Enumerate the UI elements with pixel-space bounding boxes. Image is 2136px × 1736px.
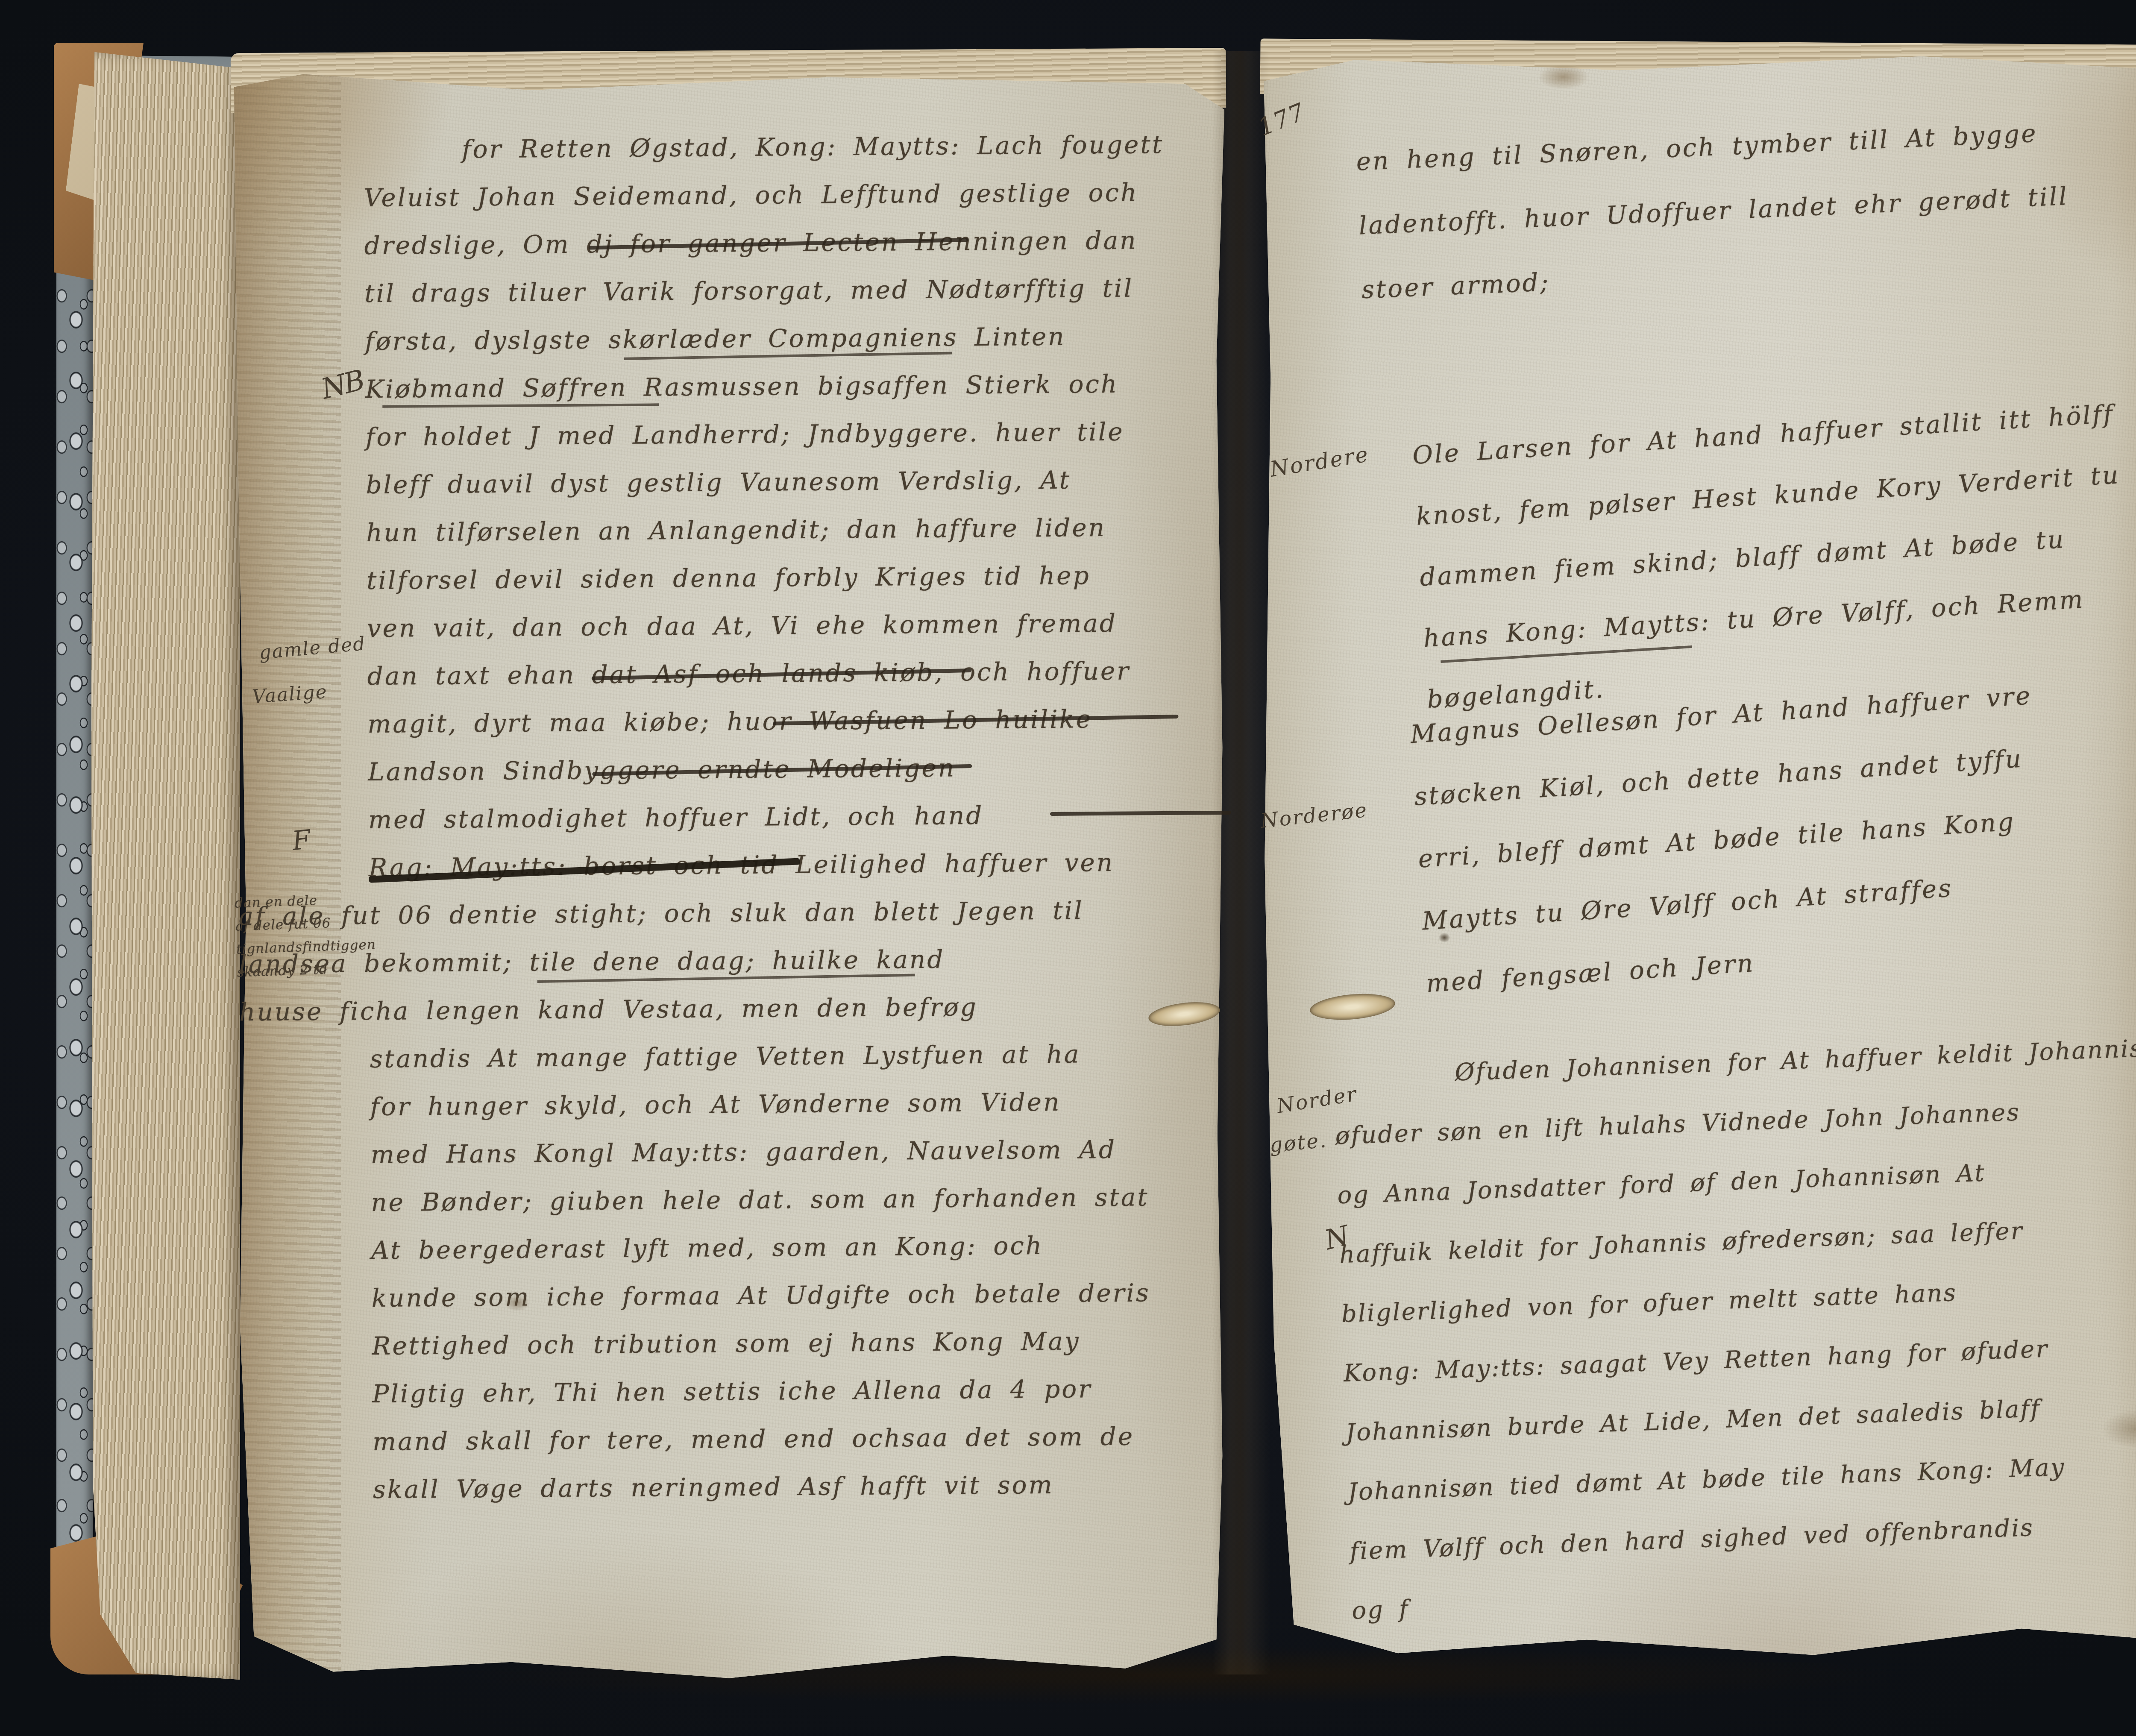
handwritten-line: for holdet J med Landherrd; Jndbyggere. … [365, 407, 1229, 461]
handwritten-line: til drags tiluer Varik forsorgat, med Nø… [364, 264, 1228, 317]
handwritten-line: standis At mange fattige Vetten Lystfuen… [370, 1029, 1233, 1083]
handwritten-line: Kiøbmand Søffren Rasmussen bigsaffen Sti… [365, 359, 1229, 413]
handwritten-line: skaandy 2 td [237, 956, 377, 984]
handwritten-line: med stalmodighet hoffuer Lidt, och hand [368, 790, 1232, 844]
small-margin-notes: dan en deleaf dele fut 06tignlandsfindti… [234, 887, 377, 984]
foxing-stain [504, 1294, 530, 1311]
handwritten-line: af ale fut 06 dentie stight; och sluk da… [238, 886, 1232, 940]
handwritten-line: Pligtig ehr, Thi hen settis iche Allena … [372, 1364, 1235, 1418]
handwritten-line: mand skall for tere, mend end ochsaa det… [373, 1412, 1236, 1466]
handwritten-line: dredslige, Om dj for ganger Lecten Henni… [364, 216, 1227, 270]
entry-norderoe-text: Magnus Oellesøn for At hand haffuer vres… [1408, 654, 2136, 1015]
manuscript-book: for Retten Øgstad, Kong: Maytts: Lach fo… [0, 0, 2136, 1736]
handwritten-line: Veluist Johan Seidemand, och Lefftund ge… [364, 168, 1227, 222]
foxing-stain [1538, 64, 1589, 90]
handwritten-line: Rettighed och tribution som ej hans Kong… [372, 1316, 1235, 1370]
handwritten-line: Rag: May:tts: borst och tid Leilighed ha… [368, 838, 1232, 891]
handwritten-line: At beergederast lyft med, som an Kong: o… [371, 1220, 1235, 1274]
handwritten-line: kunde som iche formaa At Udgifte och bet… [371, 1268, 1235, 1322]
handwritten-line: bleff duavil dyst gestlig Vaunesom Verds… [366, 455, 1229, 509]
handwritten-line: ne Bønder; giuben hele dat. som an forha… [371, 1173, 1234, 1226]
handwritten-line: tilforsel devil siden denna forbly Krige… [367, 551, 1230, 604]
handwritten-line: landsea bekommit; tile dene daag; huilke… [239, 933, 1232, 988]
left-page-text: for Retten Øgstad, Kong: Maytts: Lach fo… [364, 120, 1236, 1513]
handwritten-line: magit, dyrt maa kiøbe; huor Wasfuen Lo h… [367, 694, 1231, 748]
margin-label-norder-gote-2: gøte. [1269, 1129, 1328, 1157]
handwritten-line: førsta, dyslgste skørlæder Compagniens L… [365, 311, 1228, 365]
left-page-edge-stack [91, 52, 240, 1680]
entry-norder-gote-text: Øfuden Johannisen for At haffuer keldit … [1332, 1017, 2136, 1640]
margin-letter-mark: F [290, 824, 312, 856]
photo-background: for Retten Øgstad, Kong: Maytts: Lach fo… [0, 0, 2136, 1736]
handwritten-line: huuse ficha lengen kand Vestaa, men den … [239, 981, 1233, 1036]
torn-edge-band [234, 71, 341, 1681]
handwritten-line: dan taxt ehan dat Asf och lands kiøb, oc… [367, 646, 1230, 700]
handwritten-line: hun tilførselen an Anlangendit; dan haff… [366, 503, 1229, 557]
left-cover-marbled-edge [56, 59, 93, 1580]
handwritten-line: Landson Sindbyggere erndte Modeligen [368, 742, 1231, 796]
handwritten-line: skall Vøge darts neringmed Asf hafft vit… [373, 1460, 1236, 1513]
handwritten-line: ven vait, dan och daa At, Vi ehe kommen … [367, 598, 1230, 652]
handwritten-line: for Retten Øgstad, Kong: Maytts: Lach fo… [462, 120, 1227, 173]
right-page-intro-text: en heng til Snøren, och tymber till At b… [1355, 94, 2136, 322]
handwritten-line: med Hans Kongl May:tts: gaarden, Nauvels… [370, 1125, 1234, 1179]
ink-blot [1439, 933, 1450, 942]
handwritten-line: for hunger skyld, och At Vønderne som Vi… [370, 1077, 1233, 1131]
